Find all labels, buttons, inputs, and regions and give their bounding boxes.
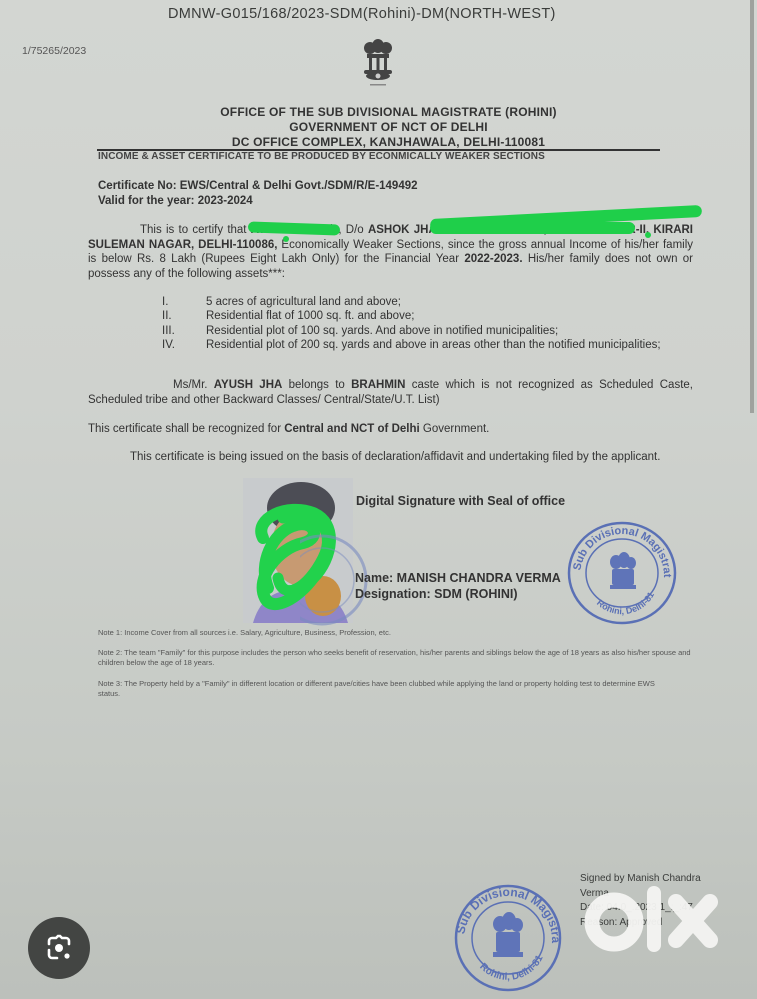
certificate-number: Certificate No: EWS/Central & Delhi Govt… xyxy=(98,180,418,192)
asset-item: II.Residential flat of 1000 sq. ft. and … xyxy=(162,309,692,323)
government-title: GOVERNMENT OF NCT OF DELHI xyxy=(10,120,757,134)
redaction-mark xyxy=(283,236,289,242)
note-3: Note 3: The Property held by a "Family" … xyxy=(98,679,658,699)
olx-watermark-logo xyxy=(584,884,724,956)
asset-list: I. 5 acres of agricultural land and abov… xyxy=(162,295,692,352)
svg-text:Rohini, Delhi-81: Rohini, Delhi-81 xyxy=(595,590,656,616)
office-seal: Sub Divisional Magistrate Rohini, Delhi-… xyxy=(564,518,680,628)
caste-paragraph: Ms/Mr. AYUSH JHA belongs to BRAHMIN cast… xyxy=(88,378,693,407)
note-1: Note 1: Income Cover from all sources i.… xyxy=(98,628,391,638)
certificate-heading: INCOME & ASSET CERTIFICATE TO BE PRODUCE… xyxy=(98,151,545,162)
digital-signature-label: Digital Signature with Seal of office xyxy=(356,494,565,508)
basis-paragraph: This certificate is being issued on the … xyxy=(88,450,693,465)
scrollbar[interactable] xyxy=(750,0,754,413)
office-address: DC OFFICE COMPLEX, KANJHAWALA, DELHI-110… xyxy=(10,135,757,149)
office-title: OFFICE OF THE SUB DIVISIONAL MAGISTRATE … xyxy=(10,105,757,119)
redaction-mark xyxy=(645,232,651,238)
asset-item: III.Residential plot of 100 sq. yards. A… xyxy=(162,324,692,338)
reference-number-top: DMNW-G015/168/2023-SDM(Rohini)-DM(NORTH-… xyxy=(168,6,556,22)
father-name: ASHOK JHA xyxy=(368,224,437,236)
applicant-name: AYUSH JHA xyxy=(214,379,283,391)
svg-text:Rohini, Delhi-81: Rohini, Delhi-81 xyxy=(477,953,545,983)
signatory-designation: Designation: SDM (ROHINI) xyxy=(355,587,518,601)
certificate-page: DMNW-G015/168/2023-SDM(Rohini)-DM(NORTH-… xyxy=(0,0,757,999)
office-seal-bottom: Sub Divisional Magistrate Rohini, Delhi-… xyxy=(450,880,566,996)
signatory-name: Name: MANISH CHANDRA VERMA xyxy=(355,571,561,585)
financial-year: 2022-2023. xyxy=(464,253,522,265)
caste: BRAHMIN xyxy=(351,379,405,391)
google-lens-icon xyxy=(43,932,75,964)
note-2: Note 2: The team "Family" for this purpo… xyxy=(98,648,698,668)
redaction-mark xyxy=(430,222,635,234)
svg-text:Sub Divisional Magistrate: Sub Divisional Magistrate xyxy=(564,518,673,578)
recognition-paragraph: This certificate shall be recognized for… xyxy=(88,422,489,437)
google-lens-button[interactable] xyxy=(28,917,90,979)
asset-item: IV.Residential plot of 200 sq. yards and… xyxy=(162,338,692,352)
reference-number-left: 1/75265/2023 xyxy=(22,45,86,57)
national-emblem-icon xyxy=(350,38,406,90)
validity-year: Valid for the year: 2023-2024 xyxy=(98,195,253,207)
asset-item: I. 5 acres of agricultural land and abov… xyxy=(162,295,692,309)
